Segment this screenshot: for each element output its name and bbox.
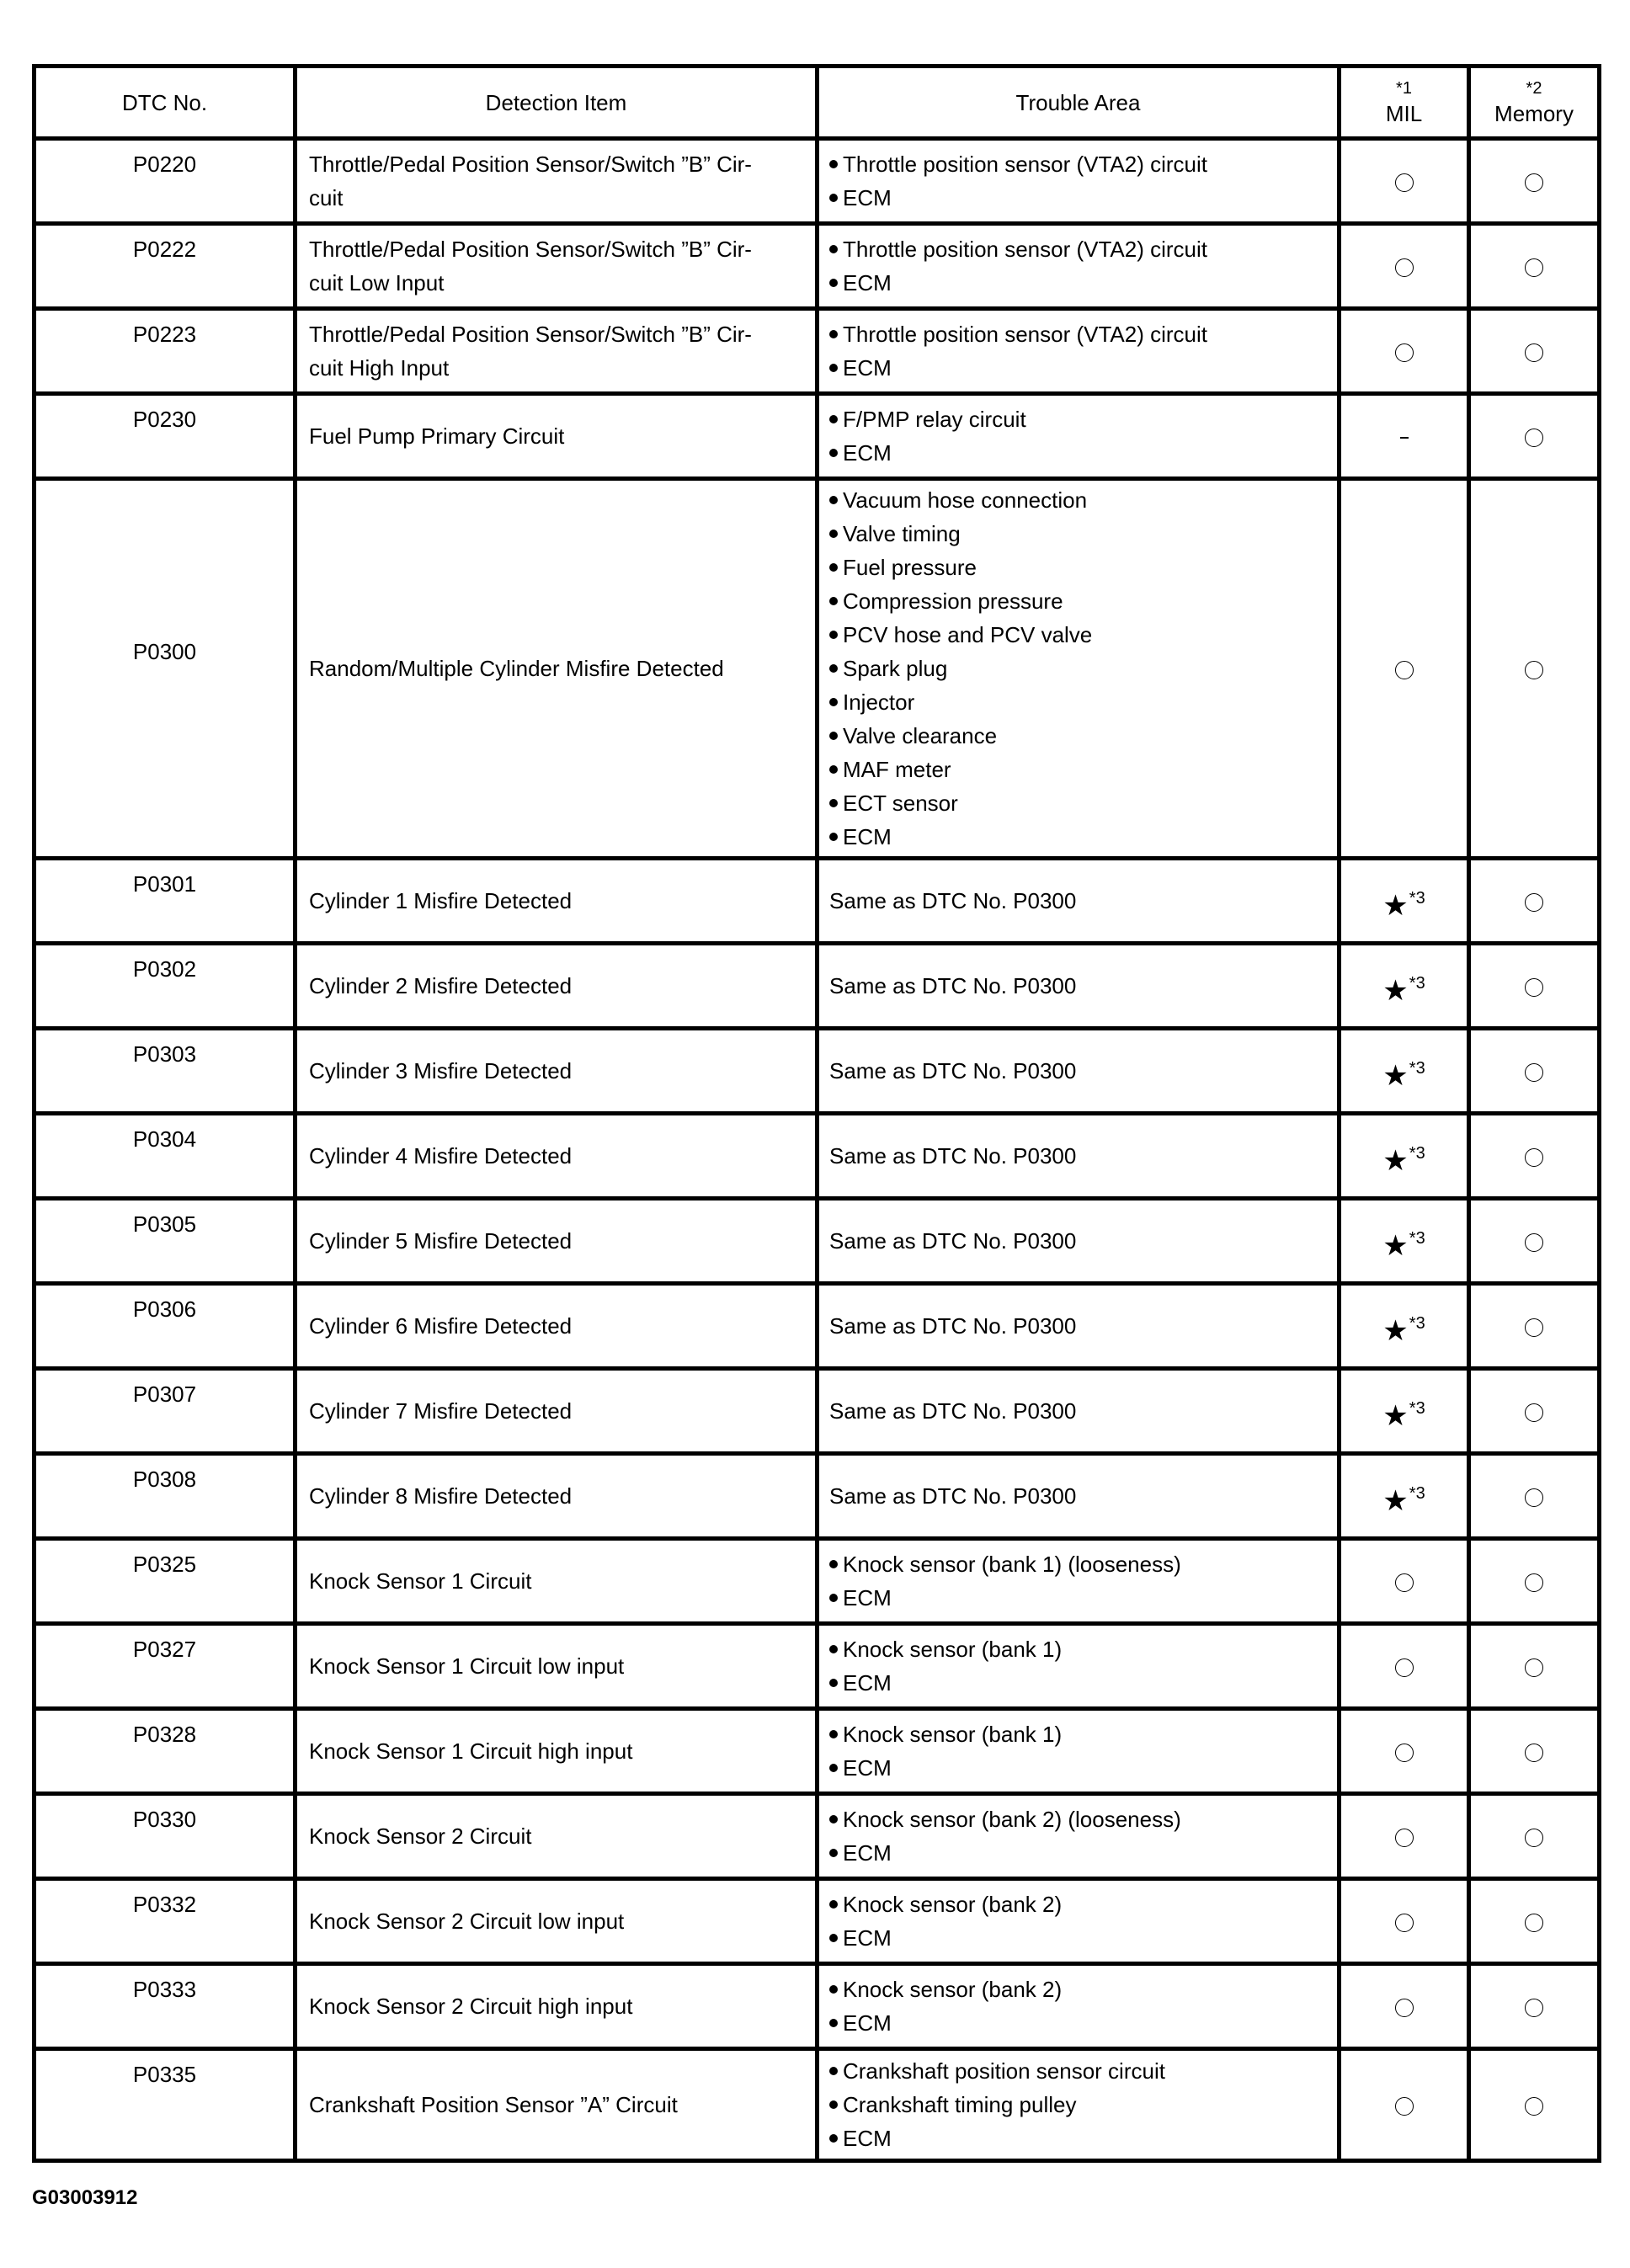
dtc-code: P0301	[35, 859, 296, 944]
trouble-area-text: ECM	[843, 2126, 892, 2151]
bullet-icon	[829, 1594, 838, 1602]
table-row: P0222Throttle/Pedal Position Sensor/Swit…	[35, 224, 1600, 309]
trouble-area-text: Compression pressure	[843, 588, 1063, 614]
star-footnote: *3	[1409, 1314, 1425, 1333]
trouble-area-text: PCV hose and PCV valve	[843, 622, 1092, 647]
trouble-area-text: ECM	[843, 185, 892, 210]
circle-icon	[1395, 258, 1414, 277]
detection-item-line: Cylinder 7 Misfire Detected	[309, 1394, 805, 1428]
trouble-area-item: ECM	[829, 266, 1337, 300]
trouble-area-item: ECM	[829, 1666, 1337, 1700]
mil-indicator: ★*3	[1340, 859, 1469, 944]
detection-item-line: Knock Sensor 1 Circuit	[309, 1564, 805, 1598]
circle-icon	[1525, 978, 1543, 997]
dtc-code: P0230	[35, 394, 296, 479]
bullet-icon	[829, 496, 838, 504]
trouble-area: Knock sensor (bank 2) (looseness)ECM	[818, 1794, 1340, 1879]
bullet-icon	[829, 330, 838, 338]
circle-icon	[1525, 661, 1543, 679]
detection-item-line: Cylinder 3 Misfire Detected	[309, 1054, 805, 1088]
star-footnote: *3	[1409, 1484, 1425, 1503]
trouble-area-item: ECM	[829, 1751, 1337, 1785]
table-row: P0335Crankshaft Position Sensor ”A” Circ…	[35, 2049, 1600, 2161]
detection-item-line: Throttle/Pedal Position Sensor/Switch ”B…	[309, 317, 805, 351]
memory-indicator	[1469, 1369, 1600, 1454]
dtc-code: P0223	[35, 309, 296, 394]
trouble-area-text: Same as DTC No. P0300	[829, 1479, 1337, 1513]
trouble-area-item: Crankshaft timing pulley	[829, 2088, 1337, 2122]
mil-indicator: ★*3	[1340, 1369, 1469, 1454]
detection-item: Cylinder 2 Misfire Detected	[296, 944, 818, 1029]
detection-item-line: Cylinder 1 Misfire Detected	[309, 884, 805, 918]
trouble-area-item: ECM	[829, 1836, 1337, 1870]
trouble-area: Same as DTC No. P0300	[818, 859, 1340, 944]
trouble-area-text: Spark plug	[843, 656, 947, 681]
trouble-area-text: Same as DTC No. P0300	[829, 969, 1337, 1003]
dtc-code: P0330	[35, 1794, 296, 1879]
table-body: P0220Throttle/Pedal Position Sensor/Swit…	[35, 139, 1600, 2161]
star-icon: ★	[1382, 975, 1408, 1007]
trouble-area-text: ECM	[843, 2010, 892, 2036]
memory-indicator	[1469, 1454, 1600, 1539]
trouble-area-item: Fuel pressure	[829, 551, 1337, 584]
mil-indicator: ★*3	[1340, 1029, 1469, 1114]
trouble-area-text: ECM	[843, 1925, 892, 1951]
trouble-area-text: ECM	[843, 355, 892, 381]
trouble-area-text: Knock sensor (bank 1) (looseness)	[843, 1552, 1181, 1577]
mil-indicator	[1340, 1709, 1469, 1794]
bullet-icon	[829, 1560, 838, 1568]
trouble-area: Same as DTC No. P0300	[818, 1369, 1340, 1454]
trouble-area-text: ECM	[843, 1585, 892, 1610]
circle-icon	[1525, 429, 1543, 447]
trouble-area: Knock sensor (bank 1)ECM	[818, 1709, 1340, 1794]
memory-indicator	[1469, 479, 1600, 859]
detection-item: Knock Sensor 2 Circuit low input	[296, 1879, 818, 1964]
star-icon: ★	[1382, 1400, 1408, 1432]
star-icon: ★	[1382, 1060, 1408, 1092]
trouble-area-text: Knock sensor (bank 1)	[843, 1722, 1062, 1747]
dtc-code: P0306	[35, 1284, 296, 1369]
table-row: P0304Cylinder 4 Misfire DetectedSame as …	[35, 1114, 1600, 1199]
circle-icon	[1525, 1148, 1543, 1167]
trouble-area: Same as DTC No. P0300	[818, 944, 1340, 1029]
circle-icon	[1525, 1829, 1543, 1847]
trouble-area: Throttle position sensor (VTA2) circuitE…	[818, 309, 1340, 394]
trouble-area: Throttle position sensor (VTA2) circuitE…	[818, 139, 1340, 224]
bullet-icon	[829, 194, 838, 202]
table-row: P0333Knock Sensor 2 Circuit high inputKn…	[35, 1964, 1600, 2049]
circle-icon	[1395, 1658, 1414, 1677]
star-icon: ★	[1382, 1315, 1408, 1347]
detection-item-line: Crankshaft Position Sensor ”A” Circuit	[309, 2088, 805, 2122]
bullet-icon	[829, 597, 838, 605]
trouble-area: Same as DTC No. P0300	[818, 1454, 1340, 1539]
detection-item: Knock Sensor 2 Circuit high input	[296, 1964, 818, 2049]
trouble-area-item: Knock sensor (bank 1) (looseness)	[829, 1547, 1337, 1581]
memory-footnote: *2	[1471, 77, 1597, 99]
trouble-area: Same as DTC No. P0300	[818, 1114, 1340, 1199]
circle-icon	[1395, 1829, 1414, 1847]
star-footnote: *3	[1409, 1399, 1425, 1418]
dash-icon	[1400, 437, 1409, 439]
mil-indicator: ★*3	[1340, 944, 1469, 1029]
table-row: P0301Cylinder 1 Misfire DetectedSame as …	[35, 859, 1600, 944]
mil-indicator: ★*3	[1340, 1199, 1469, 1284]
star-icon: ★	[1382, 890, 1408, 922]
dtc-code: P0307	[35, 1369, 296, 1454]
mil-indicator	[1340, 1539, 1469, 1624]
trouble-area-text: Same as DTC No. P0300	[829, 1394, 1337, 1428]
bullet-icon	[829, 2067, 838, 2075]
bullet-icon	[829, 1730, 838, 1738]
bullet-icon	[829, 664, 838, 673]
detection-item: Cylinder 4 Misfire Detected	[296, 1114, 818, 1199]
memory-indicator	[1469, 1624, 1600, 1709]
mil-label: MIL	[1341, 99, 1467, 128]
detection-item: Cylinder 1 Misfire Detected	[296, 859, 818, 944]
detection-item: Knock Sensor 1 Circuit low input	[296, 1624, 818, 1709]
bullet-icon	[829, 799, 838, 807]
detection-item-line: Cylinder 6 Misfire Detected	[309, 1309, 805, 1343]
trouble-area-text: MAF meter	[843, 757, 951, 782]
star-footnote: *3	[1409, 974, 1425, 993]
table-row: P0223Throttle/Pedal Position Sensor/Swit…	[35, 309, 1600, 394]
table-row: P0308Cylinder 8 Misfire DetectedSame as …	[35, 1454, 1600, 1539]
trouble-area-item: Knock sensor (bank 2) (looseness)	[829, 1802, 1337, 1836]
memory-indicator	[1469, 1539, 1600, 1624]
circle-icon	[1525, 1914, 1543, 1932]
header-trouble-area: Trouble Area	[818, 67, 1340, 139]
trouble-area-text: Crankshaft position sensor circuit	[843, 2058, 1165, 2084]
trouble-area-item: MAF meter	[829, 753, 1337, 786]
detection-item-line: Fuel Pump Primary Circuit	[309, 419, 805, 453]
detection-item: Knock Sensor 1 Circuit high input	[296, 1709, 818, 1794]
table-row: P0300Random/Multiple Cylinder Misfire De…	[35, 479, 1600, 859]
bullet-icon	[829, 364, 838, 372]
memory-indicator	[1469, 394, 1600, 479]
trouble-area-text: ECM	[843, 1670, 892, 1696]
trouble-area-item: Vacuum hose connection	[829, 483, 1337, 517]
table-row: P0305Cylinder 5 Misfire DetectedSame as …	[35, 1199, 1600, 1284]
circle-icon	[1525, 173, 1543, 192]
mil-indicator	[1340, 1964, 1469, 2049]
detection-item: Cylinder 3 Misfire Detected	[296, 1029, 818, 1114]
bullet-icon	[829, 1934, 838, 1942]
circle-icon	[1395, 1914, 1414, 1932]
table-row: P0230Fuel Pump Primary CircuitF/PMP rela…	[35, 394, 1600, 479]
circle-icon	[1525, 1403, 1543, 1422]
header-dtc-no: DTC No.	[35, 67, 296, 139]
trouble-area: Vacuum hose connectionValve timingFuel p…	[818, 479, 1340, 859]
trouble-area-text: ECM	[843, 270, 892, 295]
circle-icon	[1525, 1573, 1543, 1592]
trouble-area-text: ECT sensor	[843, 791, 958, 816]
table-row: P0306Cylinder 6 Misfire DetectedSame as …	[35, 1284, 1600, 1369]
detection-item-line: Cylinder 4 Misfire Detected	[309, 1139, 805, 1173]
detection-item: Knock Sensor 1 Circuit	[296, 1539, 818, 1624]
bullet-icon	[829, 1849, 838, 1857]
trouble-area-item: Throttle position sensor (VTA2) circuit	[829, 232, 1337, 266]
trouble-area-text: ECM	[843, 1840, 892, 1866]
trouble-area-item: PCV hose and PCV valve	[829, 618, 1337, 652]
bullet-icon	[829, 833, 838, 841]
trouble-area-item: ECM	[829, 2122, 1337, 2155]
memory-indicator	[1469, 309, 1600, 394]
table-row: P0328Knock Sensor 1 Circuit high inputKn…	[35, 1709, 1600, 1794]
dtc-code: P0308	[35, 1454, 296, 1539]
dtc-code: P0305	[35, 1199, 296, 1284]
trouble-area-text: Valve clearance	[843, 723, 997, 748]
bullet-icon	[829, 1679, 838, 1687]
bullet-icon	[829, 530, 838, 538]
bullet-icon	[829, 631, 838, 639]
trouble-area-text: Knock sensor (bank 2)	[843, 1977, 1062, 2002]
detection-item: Cylinder 6 Misfire Detected	[296, 1284, 818, 1369]
detection-item-line: Throttle/Pedal Position Sensor/Switch ”B…	[309, 147, 805, 181]
dtc-code: P0333	[35, 1964, 296, 2049]
trouble-area: Knock sensor (bank 1) (looseness)ECM	[818, 1539, 1340, 1624]
trouble-area: Knock sensor (bank 2)ECM	[818, 1964, 1340, 2049]
dtc-code: P0332	[35, 1879, 296, 1964]
trouble-area-item: F/PMP relay circuit	[829, 402, 1337, 436]
memory-indicator	[1469, 224, 1600, 309]
trouble-area-text: ECM	[843, 1755, 892, 1781]
star-icon: ★	[1382, 1230, 1408, 1262]
circle-icon	[1525, 2097, 1543, 2116]
dtc-code: P0220	[35, 139, 296, 224]
circle-icon	[1525, 1744, 1543, 1762]
circle-icon	[1395, 1999, 1414, 2017]
memory-indicator	[1469, 1199, 1600, 1284]
detection-item: Throttle/Pedal Position Sensor/Switch ”B…	[296, 224, 818, 309]
bullet-icon	[829, 563, 838, 572]
mil-indicator	[1340, 1879, 1469, 1964]
bullet-icon	[829, 2100, 838, 2109]
star-footnote: *3	[1409, 1144, 1425, 1163]
trouble-area-item: Knock sensor (bank 2)	[829, 1887, 1337, 1921]
bullet-icon	[829, 1764, 838, 1772]
circle-icon	[1525, 1999, 1543, 2017]
star-footnote: *3	[1409, 1229, 1425, 1248]
bullet-icon	[829, 2019, 838, 2027]
bullet-icon	[829, 2134, 838, 2143]
circle-icon	[1525, 1233, 1543, 1252]
circle-icon	[1525, 1658, 1543, 1677]
trouble-area: Crankshaft position sensor circuitCranks…	[818, 2049, 1340, 2161]
trouble-area: Knock sensor (bank 1)ECM	[818, 1624, 1340, 1709]
circle-icon	[1525, 1318, 1543, 1337]
mil-footnote: *1	[1341, 77, 1467, 99]
mil-indicator: ★*3	[1340, 1454, 1469, 1539]
table-row: P0220Throttle/Pedal Position Sensor/Swit…	[35, 139, 1600, 224]
trouble-area-item: Injector	[829, 685, 1337, 719]
figure-id: G03003912	[32, 2186, 137, 2210]
memory-indicator	[1469, 139, 1600, 224]
memory-indicator	[1469, 1964, 1600, 2049]
detection-item: Cylinder 8 Misfire Detected	[296, 1454, 818, 1539]
circle-icon	[1525, 1063, 1543, 1082]
detection-item-line: cuit High Input	[309, 351, 805, 385]
header-memory: *2 Memory	[1469, 67, 1600, 139]
mil-indicator: ★*3	[1340, 1284, 1469, 1369]
mil-indicator	[1340, 2049, 1469, 2161]
trouble-area-text: Knock sensor (bank 1)	[843, 1637, 1062, 1662]
trouble-area: Same as DTC No. P0300	[818, 1199, 1340, 1284]
table-header-row: DTC No. Detection Item Trouble Area *1 M…	[35, 67, 1600, 139]
circle-icon	[1525, 893, 1543, 912]
dtc-code: P0222	[35, 224, 296, 309]
mil-indicator	[1340, 139, 1469, 224]
trouble-area-item: ECM	[829, 820, 1337, 854]
trouble-area-text: Same as DTC No. P0300	[829, 1224, 1337, 1258]
trouble-area-item: Spark plug	[829, 652, 1337, 685]
table-row: P0332Knock Sensor 2 Circuit low inputKno…	[35, 1879, 1600, 1964]
trouble-area: Same as DTC No. P0300	[818, 1284, 1340, 1369]
bullet-icon	[829, 245, 838, 253]
detection-item-line: Throttle/Pedal Position Sensor/Switch ”B…	[309, 232, 805, 266]
trouble-area-text: Same as DTC No. P0300	[829, 1139, 1337, 1173]
bullet-icon	[829, 279, 838, 287]
trouble-area-item: ECM	[829, 181, 1337, 215]
dtc-code: P0302	[35, 944, 296, 1029]
table-row: P0325Knock Sensor 1 CircuitKnock sensor …	[35, 1539, 1600, 1624]
trouble-area-item: Valve clearance	[829, 719, 1337, 753]
trouble-area-text: Throttle position sensor (VTA2) circuit	[843, 152, 1207, 177]
trouble-area-text: Knock sensor (bank 2) (looseness)	[843, 1807, 1181, 1832]
trouble-area-item: Knock sensor (bank 1)	[829, 1632, 1337, 1666]
trouble-area-item: ECT sensor	[829, 786, 1337, 820]
memory-label: Memory	[1471, 99, 1597, 128]
detection-item: Fuel Pump Primary Circuit	[296, 394, 818, 479]
dtc-code: P0328	[35, 1709, 296, 1794]
dtc-code: P0304	[35, 1114, 296, 1199]
star-icon: ★	[1382, 1485, 1408, 1517]
bullet-icon	[829, 698, 838, 706]
dtc-code: P0300	[35, 479, 296, 859]
memory-indicator	[1469, 1114, 1600, 1199]
mil-indicator	[1340, 479, 1469, 859]
dtc-code: P0325	[35, 1539, 296, 1624]
trouble-area-item: Knock sensor (bank 2)	[829, 1973, 1337, 2006]
circle-icon	[1525, 343, 1543, 362]
detection-item: Cylinder 5 Misfire Detected	[296, 1199, 818, 1284]
mil-indicator	[1340, 394, 1469, 479]
trouble-area: Same as DTC No. P0300	[818, 1029, 1340, 1114]
bullet-icon	[829, 765, 838, 774]
detection-item-line: Cylinder 2 Misfire Detected	[309, 969, 805, 1003]
trouble-area-text: Crankshaft timing pulley	[843, 2092, 1076, 2117]
trouble-area-text: Same as DTC No. P0300	[829, 884, 1337, 918]
circle-icon	[1395, 2097, 1414, 2116]
mil-indicator: ★*3	[1340, 1114, 1469, 1199]
dtc-code: P0327	[35, 1624, 296, 1709]
table-row: P0307Cylinder 7 Misfire DetectedSame as …	[35, 1369, 1600, 1454]
mil-indicator	[1340, 1794, 1469, 1879]
trouble-area: Knock sensor (bank 2)ECM	[818, 1879, 1340, 1964]
trouble-area-text: F/PMP relay circuit	[843, 407, 1026, 432]
memory-indicator	[1469, 2049, 1600, 2161]
trouble-area-item: ECM	[829, 351, 1337, 385]
detection-item: Crankshaft Position Sensor ”A” Circuit	[296, 2049, 818, 2161]
trouble-area-item: Throttle position sensor (VTA2) circuit	[829, 147, 1337, 181]
trouble-area-item: ECM	[829, 2006, 1337, 2040]
trouble-area-text: Same as DTC No. P0300	[829, 1309, 1337, 1343]
star-footnote: *3	[1409, 1059, 1425, 1078]
table-row: P0302Cylinder 2 Misfire DetectedSame as …	[35, 944, 1600, 1029]
trouble-area-text: Same as DTC No. P0300	[829, 1054, 1337, 1088]
memory-indicator	[1469, 859, 1600, 944]
bullet-icon	[829, 1985, 838, 1994]
detection-item-line: Random/Multiple Cylinder Misfire Detecte…	[309, 652, 805, 685]
detection-item-line: Cylinder 8 Misfire Detected	[309, 1479, 805, 1513]
bullet-icon	[829, 1815, 838, 1823]
circle-icon	[1395, 1573, 1414, 1592]
trouble-area-text: Throttle position sensor (VTA2) circuit	[843, 237, 1207, 262]
detection-item: Throttle/Pedal Position Sensor/Switch ”B…	[296, 139, 818, 224]
star-footnote: *3	[1409, 889, 1425, 908]
dtc-table: DTC No. Detection Item Trouble Area *1 M…	[32, 64, 1601, 2163]
detection-item-line: Knock Sensor 2 Circuit	[309, 1819, 805, 1853]
trouble-area-item: Compression pressure	[829, 584, 1337, 618]
detection-item-line: cuit Low Input	[309, 266, 805, 300]
memory-indicator	[1469, 944, 1600, 1029]
detection-item-line: Knock Sensor 2 Circuit high input	[309, 1989, 805, 2023]
table-row: P0303Cylinder 3 Misfire DetectedSame as …	[35, 1029, 1600, 1114]
bullet-icon	[829, 732, 838, 740]
circle-icon	[1395, 173, 1414, 192]
trouble-area-text: ECM	[843, 824, 892, 849]
detection-item-line: Knock Sensor 1 Circuit high input	[309, 1734, 805, 1768]
trouble-area-item: Valve timing	[829, 517, 1337, 551]
dtc-code: P0335	[35, 2049, 296, 2161]
circle-icon	[1525, 1488, 1543, 1507]
memory-indicator	[1469, 1794, 1600, 1879]
detection-item-line: Knock Sensor 2 Circuit low input	[309, 1904, 805, 1938]
circle-icon	[1525, 258, 1543, 277]
detection-item-line: Cylinder 5 Misfire Detected	[309, 1224, 805, 1258]
trouble-area-item: ECM	[829, 1581, 1337, 1615]
trouble-area-item: ECM	[829, 1921, 1337, 1955]
header-detection-item: Detection Item	[296, 67, 818, 139]
trouble-area: Throttle position sensor (VTA2) circuitE…	[818, 224, 1340, 309]
memory-indicator	[1469, 1284, 1600, 1369]
bullet-icon	[829, 1645, 838, 1653]
trouble-area-item: Throttle position sensor (VTA2) circuit	[829, 317, 1337, 351]
trouble-area: F/PMP relay circuitECM	[818, 394, 1340, 479]
trouble-area-text: Knock sensor (bank 2)	[843, 1892, 1062, 1917]
trouble-area-item: ECM	[829, 436, 1337, 470]
table-row: P0330Knock Sensor 2 CircuitKnock sensor …	[35, 1794, 1600, 1879]
bullet-icon	[829, 449, 838, 457]
bullet-icon	[829, 1900, 838, 1909]
detection-item-line: Knock Sensor 1 Circuit low input	[309, 1649, 805, 1683]
mil-indicator	[1340, 309, 1469, 394]
bullet-icon	[829, 415, 838, 423]
trouble-area-text: Valve timing	[843, 521, 961, 546]
detection-item: Random/Multiple Cylinder Misfire Detecte…	[296, 479, 818, 859]
circle-icon	[1395, 343, 1414, 362]
detection-item: Throttle/Pedal Position Sensor/Switch ”B…	[296, 309, 818, 394]
mil-indicator	[1340, 224, 1469, 309]
trouble-area-text: Throttle position sensor (VTA2) circuit	[843, 322, 1207, 347]
trouble-area-item: Knock sensor (bank 1)	[829, 1717, 1337, 1751]
table-row: P0327Knock Sensor 1 Circuit low inputKno…	[35, 1624, 1600, 1709]
detection-item: Cylinder 7 Misfire Detected	[296, 1369, 818, 1454]
memory-indicator	[1469, 1709, 1600, 1794]
trouble-area-text: Fuel pressure	[843, 555, 977, 580]
bullet-icon	[829, 160, 838, 168]
